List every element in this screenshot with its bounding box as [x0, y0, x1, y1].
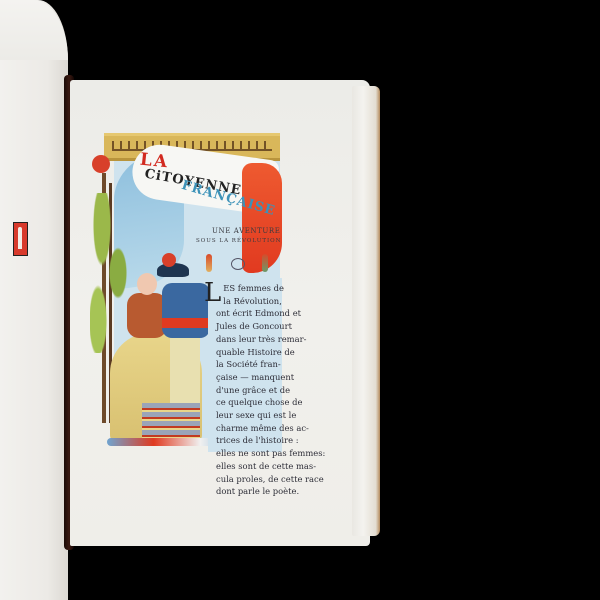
text-line: dans leur très remar- — [216, 333, 282, 346]
man-blue-coat — [162, 283, 210, 338]
bamboo-leaves — [90, 193, 130, 353]
text-line: Jules de Goncourt — [216, 320, 282, 333]
body-paragraph: L ES femmes de la Révolution, ont écrit … — [216, 282, 282, 498]
subtitle-line-2: SOUS LA RÉVOLUTION — [196, 238, 282, 244]
man-tricolor-sash — [162, 318, 212, 328]
phrygian-cap — [92, 155, 110, 173]
hat-plume — [162, 253, 176, 267]
statue-icon — [18, 227, 22, 249]
page-fore-edge — [352, 86, 380, 536]
man-breeches — [170, 338, 200, 403]
text-line: la Révolution, — [216, 295, 282, 308]
text-line: ES femmes de — [216, 282, 282, 295]
left-page — [0, 0, 68, 600]
woman-bodice — [127, 293, 167, 338]
small-figure-left — [206, 254, 212, 272]
text-line: leur sexe qui est le — [216, 409, 282, 422]
subtitle-line-1: UNE AVENTURE — [212, 227, 281, 235]
small-figure-right — [262, 254, 268, 272]
text-line: elles sont de cette mas- — [216, 460, 282, 473]
text-line: ont écrit Edmond et — [216, 307, 282, 320]
text-line: cula proles, de cette race — [216, 473, 282, 486]
text-line: d'une grâce et de — [216, 384, 282, 397]
text-line: quable Histoire de — [216, 346, 282, 359]
ornament-icon — [231, 258, 245, 270]
text-line: ce quelque chose de — [216, 396, 282, 409]
drop-cap: L — [204, 282, 221, 304]
text-line: dont parle le poète. — [216, 485, 282, 498]
text-line: çaise — manquent — [216, 371, 282, 384]
text-line: trices de l'histoire : — [216, 434, 282, 447]
red-bookplate-sticker — [13, 222, 28, 256]
text-line: la Société fran- — [216, 358, 282, 371]
text-line: elles ne sont pas femmes: — [216, 447, 282, 460]
woman-striped-petticoat — [142, 403, 200, 439]
woman-head — [137, 273, 157, 295]
text-line: charme même des ac- — [216, 422, 282, 435]
